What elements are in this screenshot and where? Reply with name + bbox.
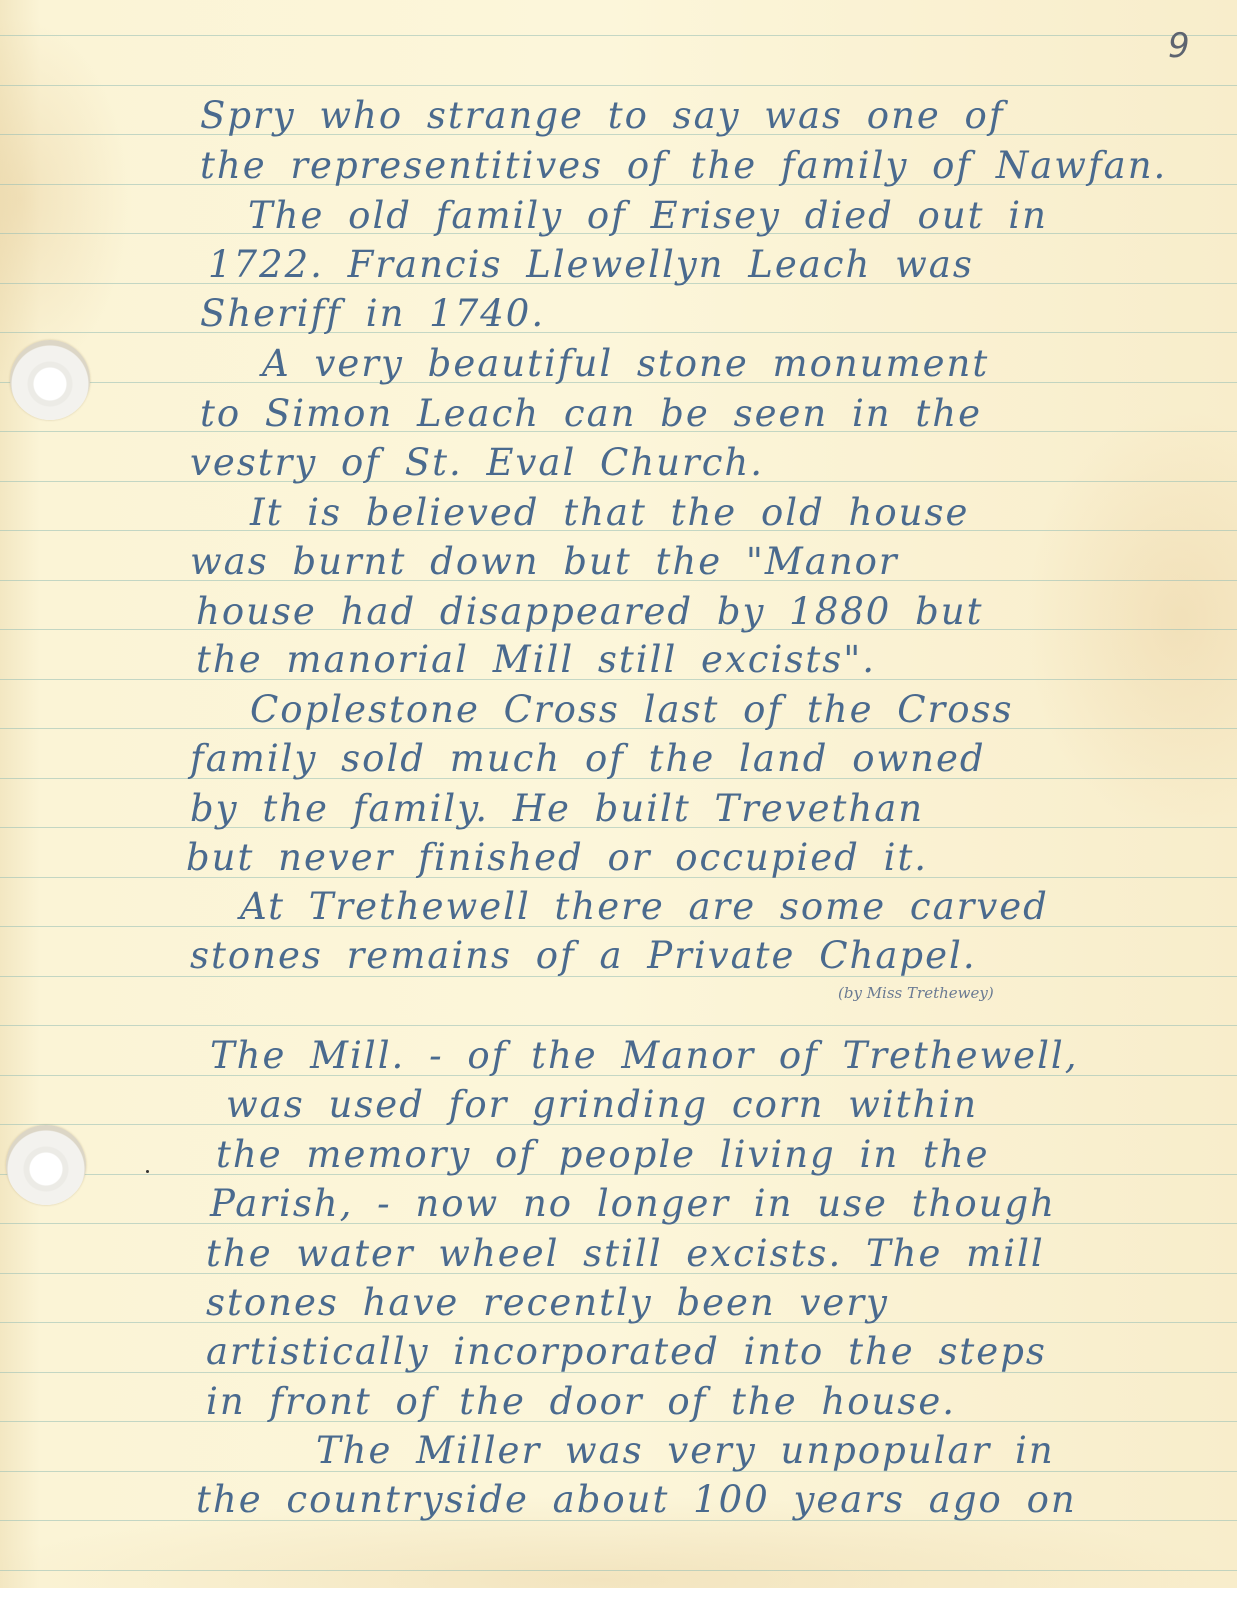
text-line: 1722. Francis Llewellyn Leach was <box>208 243 974 286</box>
text-line: Spry who strange to say was one of <box>200 94 1005 137</box>
rule-line <box>0 85 1237 86</box>
text-line: the representitives of the family of Naw… <box>200 144 1167 187</box>
ink-speck <box>146 1170 149 1173</box>
page-bottom-margin <box>0 1588 1237 1600</box>
text-line: house had disappeared by 1880 but <box>196 590 984 633</box>
rule-line <box>0 332 1237 333</box>
text-line: Parish, - now no longer in use though <box>210 1182 1056 1225</box>
text-line: It is believed that the old house <box>250 491 969 534</box>
text-line: the countryside about 100 years ago on <box>196 1478 1077 1521</box>
text-line: The Miller was very unpopular in <box>316 1429 1055 1472</box>
text-line: the manorial Mill still excists". <box>196 638 876 681</box>
text-line: At Trethewell there are some carved <box>240 885 1049 928</box>
text-line: vestry of St. Eval Church. <box>190 441 764 484</box>
rule-line <box>0 1025 1237 1026</box>
text-line: in front of the door of the house. <box>206 1380 956 1423</box>
rule-line <box>0 35 1237 36</box>
text-line: the memory of people living in the <box>216 1133 990 1176</box>
text-line: by the family. He built Trevethan <box>190 787 924 830</box>
text-line: stones remains of a Private Chapel. <box>190 934 977 977</box>
notebook-page: 9 Spry who strange to say was one of the… <box>0 0 1237 1588</box>
text-line: but never finished or occupied it. <box>186 836 928 879</box>
attribution-note: (by Miss Trethewey) <box>838 984 994 1002</box>
text-line: The old family of Erisey died out in <box>248 194 1048 237</box>
text-line: The Mill. - of the Manor of Trethewell, <box>210 1034 1079 1077</box>
punch-hole-top <box>10 340 90 420</box>
page-number: 9 <box>1168 26 1190 66</box>
text-line: Sheriff in 1740. <box>200 292 545 335</box>
text-line: family sold much of the land owned <box>190 737 986 780</box>
text-line: was burnt down but the "Manor <box>190 540 899 583</box>
text-line: the water wheel still excists. The mill <box>206 1232 1045 1275</box>
text-line: artistically incorporated into the steps <box>206 1330 1047 1373</box>
text-line: Coplestone Cross last of the Cross <box>250 688 1013 731</box>
text-line: stones have recently been very <box>206 1281 889 1324</box>
text-line: A very beautiful stone monument <box>262 342 989 385</box>
punch-hole-bottom <box>6 1125 86 1205</box>
rule-line <box>0 1570 1237 1571</box>
text-line: was used for grinding corn within <box>226 1083 978 1126</box>
text-line: to Simon Leach can be seen in the <box>200 392 982 435</box>
